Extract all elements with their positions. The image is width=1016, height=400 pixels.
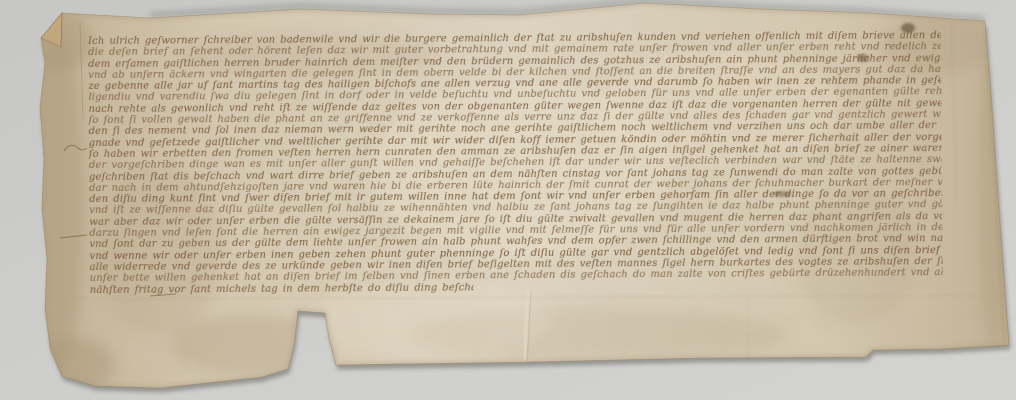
photo-scene: Ich ulrich geſworner ſchreiber von baden… (0, 0, 1016, 400)
parchment-illustration (0, 0, 1016, 400)
